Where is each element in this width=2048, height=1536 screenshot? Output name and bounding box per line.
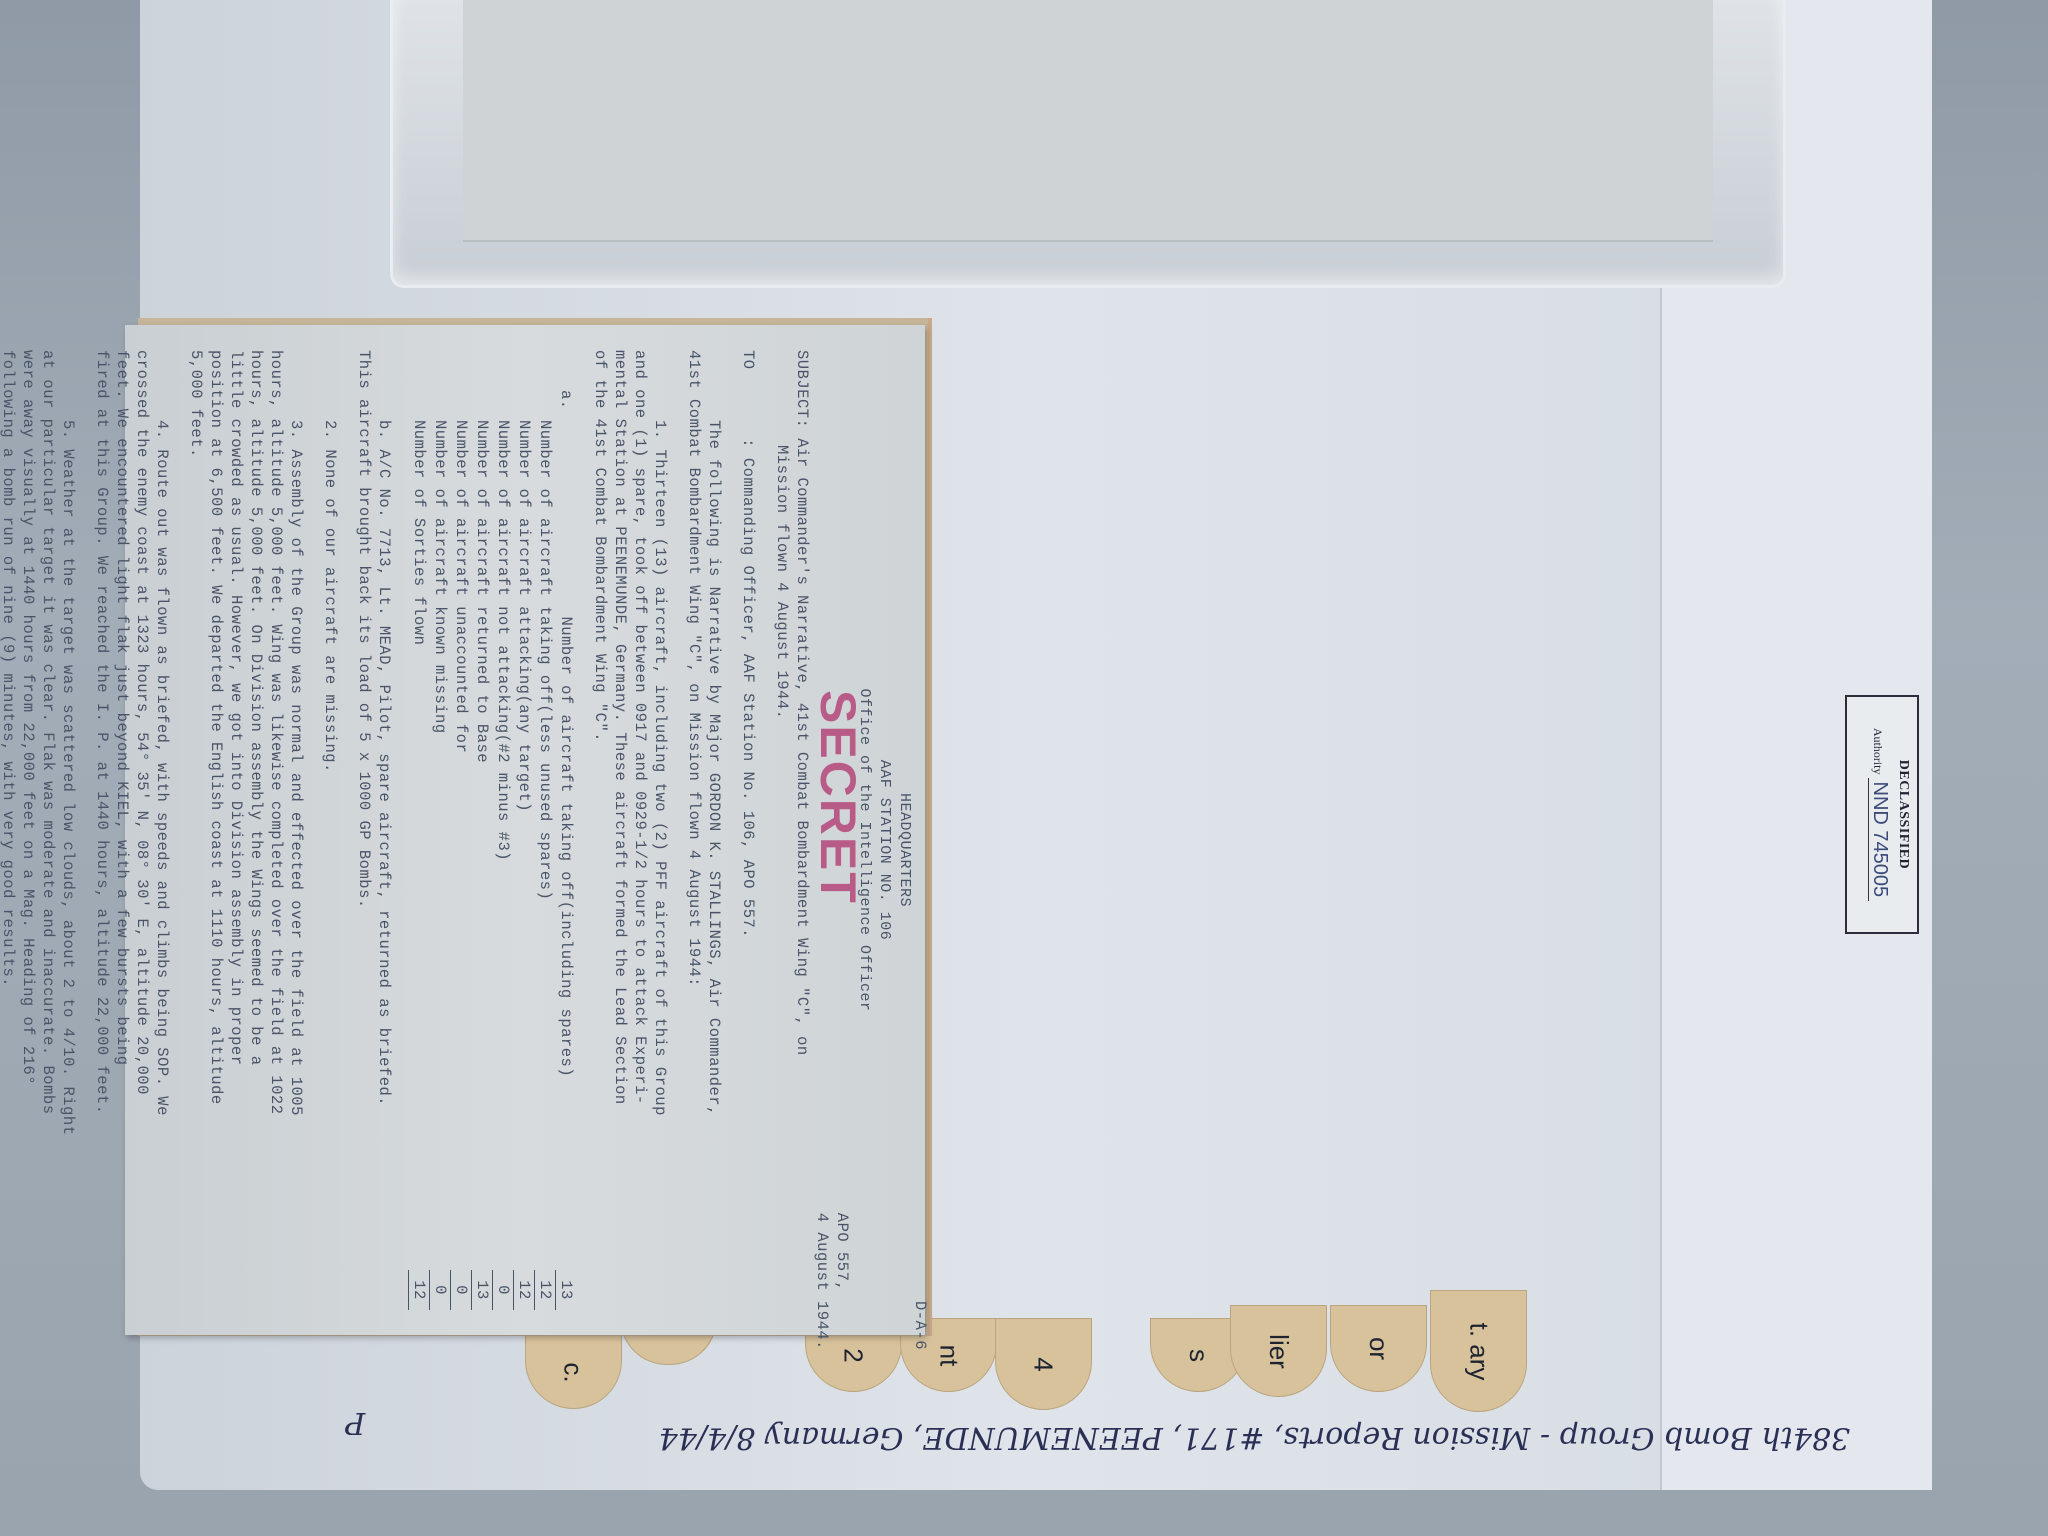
declassified-stamp: DECLASSIFIED Authority NND 745005 [1845,695,1919,934]
paragraph-4: 4. Route out was flown as briefed, with … [92,350,172,1350]
folder-tab: t. ary [1430,1290,1527,1412]
subject-line-2: Mission flown 4 August 1944. [772,350,792,1350]
stats-value: 12 [513,1270,534,1310]
plastic-sleeve [390,0,1786,288]
paragraph-2: 2. None of our aircraft are missing. [320,350,340,1350]
paragraph-1: 1. Thirteen (13) aircraft, including two… [590,350,670,1350]
subject-line: SUBJECT: Air Commander's Narrative, 41st… [792,350,812,1350]
handwritten-mark: P [345,1405,365,1440]
stats-value: 13 [555,1270,576,1310]
header-line-2: AAF STATION NO. 106 [874,350,894,1350]
intro-line-1: The following is Narrative by Major GORD… [704,350,724,1350]
stats-row: Number of aircraft unaccounted for0 [450,350,471,1310]
stats-row: Number of aircraft attacking(any target)… [513,350,534,1310]
stats-value: 0 [450,1270,471,1310]
stats-value: 12 [408,1270,429,1310]
paragraph-5: 5. Weather at the target was scattered l… [0,350,78,1350]
typed-report: D-A-6 HEADQUARTERS AAF STATION NO. 106 O… [150,350,930,1350]
stats-row: Number of aircraft taking off(less unuse… [534,350,555,1310]
secret-stamp: SECRET [822,690,848,905]
handwritten-folder-label: 384th Bomb Group - Mission Reports, #171… [450,1395,1850,1455]
header-line-1: HEADQUARTERS [894,350,914,1350]
to-line: TO : Commanding Officer, AAF Station No.… [738,350,758,1350]
stats-value: 12 [534,1270,555,1310]
stats-row: a.Number of aircraft taking off(includin… [555,350,576,1310]
paragraph-1b: b. A/C No. 7713, Lt. MEAD, Pilot, spare … [354,350,394,1350]
stats-value: 0 [429,1270,450,1310]
intro-line-2: 41st Combat Bombardment Wing "C", on Mis… [684,350,704,1350]
stats-value: 0 [492,1270,513,1310]
stats-row: Number of aircraft not attacking(#2 minu… [492,350,513,1310]
aircraft-stats-list: a.Number of aircraft taking off(includin… [408,350,576,1350]
sleeve-insert [463,0,1713,242]
stats-row: Number of aircraft known missing0 [429,350,450,1310]
stats-value: 13 [471,1270,492,1310]
paragraph-3: 3. Assembly of the Group was normal and … [186,350,306,1350]
stats-row: Number of Sorties flown12 [408,350,429,1310]
apo-number: APO 557, [832,1213,852,1350]
document-date: 4 August 1944. [812,1213,832,1350]
stats-row: Number of aircraft returned to Base13 [471,350,492,1310]
